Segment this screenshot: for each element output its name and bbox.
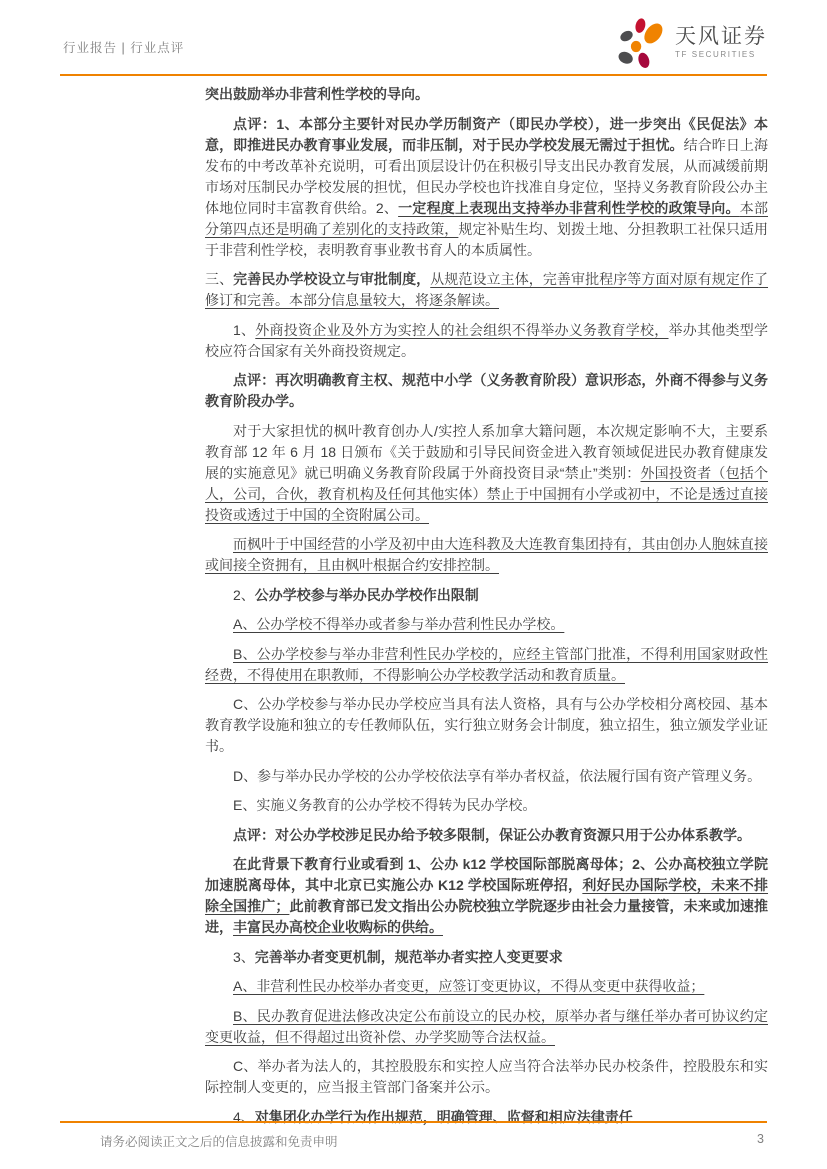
logo-company-name: 天风证券 bbox=[675, 25, 767, 49]
logo-text: 天风证券 TF SECURITIES bbox=[675, 25, 767, 61]
text-run: 点评：再次明确教育主权、规范中小学（义务教育阶段）意识形态，外商不得参与义务教育… bbox=[205, 372, 768, 409]
document-body: 突出鼓励举办非营利性学校的导向。点评：1、本部分主要针对民办学历制资产（即民办学… bbox=[205, 84, 768, 1136]
text-run: 点评：对公办学校涉足民办给予较多限制，保证公办教育资源只用于公办体系教学。 bbox=[233, 827, 751, 843]
text-run: B、民办教育促进法修改决定公布前设立的民办校，原举办者与继任举办者可协议约定变更… bbox=[205, 1008, 768, 1045]
paragraph: 突出鼓励举办非营利性学校的导向。 bbox=[205, 84, 768, 105]
paragraph: A、非营利性民办校举办者变更，应签订变更协议，不得从变更中获得收益； bbox=[205, 976, 768, 997]
paragraph: 对于大家担忧的枫叶教育创办人/实控人系加拿大籍问题，本次规定影响不大，主要系教育… bbox=[205, 421, 768, 526]
paragraph: C、公办学校参与举办民办学校应当具有法人资格，具有与公办学校相分离校园、基本教育… bbox=[205, 694, 768, 757]
text-run: 1、 bbox=[233, 322, 255, 338]
tf-logo-flower-icon bbox=[617, 16, 669, 70]
text-run: 完善举办者变更机制，规范举办者实控人变更要求 bbox=[255, 949, 563, 965]
text-run: 而枫叶于中国经营的小学及初中由大连科教及大连教育集团持有，其由创办人胞妹直接或间… bbox=[205, 536, 768, 573]
paragraph: B、公办学校参与举办非营利性民办学校的，应经主管部门批准，不得利用国家财政性经费… bbox=[205, 644, 768, 686]
text-run: B、公办学校参与举办非营利性民办学校的，应经主管部门批准，不得利用国家财政性经费… bbox=[205, 646, 768, 683]
report-type-label: 行业报告 | 行业点评 bbox=[63, 38, 184, 56]
text-run: C、举办者为法人的，其控股股东和实控人应当符合法举办民办校条件，控股股东和实际控… bbox=[205, 1058, 768, 1095]
paragraph: 1、外商投资企业及外方为实控人的社会组织不得举办义务教育学校，举办其他类型学校应… bbox=[205, 320, 768, 362]
disclaimer-text: 请务必阅读正文之后的信息披露和免责申明 bbox=[100, 1132, 338, 1150]
paragraph: E、实施义务教育的公办学校不得转为民办学校。 bbox=[205, 795, 768, 816]
paragraph: 点评：对公办学校涉足民办给予较多限制，保证公办教育资源只用于公办体系教学。 bbox=[205, 825, 768, 846]
text-run: 外商投资企业及外方为实控人的社会组织不得举办义务教育学校， bbox=[255, 322, 668, 338]
text-run: 一定程度上表现出支持举办非营利性学校的政策导向。 bbox=[398, 200, 740, 216]
text-run: E、实施义务教育的公办学校不得转为民办学校。 bbox=[233, 797, 536, 813]
text-run: C、公办学校参与举办民办学校应当具有法人资格，具有与公办学校相分离校园、基本教育… bbox=[205, 696, 768, 754]
paragraph: 而枫叶于中国经营的小学及初中由大连科教及大连教育集团持有，其由创办人胞妹直接或间… bbox=[205, 534, 768, 576]
text-run: D、参与举办民办学校的公办学校依法享有举办者权益，依法履行国有资产管理义务。 bbox=[233, 768, 761, 784]
page-footer: 请务必阅读正文之后的信息披露和免责申明 3 bbox=[60, 1121, 767, 1153]
text-run: 3、 bbox=[233, 949, 255, 965]
paragraph: 点评：再次明确教育主权、规范中小学（义务教育阶段）意识形态，外商不得参与义务教育… bbox=[205, 370, 768, 412]
paragraph: 2、公办学校参与举办民办学校作出限制 bbox=[205, 585, 768, 606]
paragraph: 在此背景下教育行业或看到 1、公办 k12 学校国际部脱离母体；2、公办高校独立… bbox=[205, 854, 768, 938]
text-run: 丰富民办高校企业收购标的供给。 bbox=[233, 919, 443, 935]
page-number: 3 bbox=[757, 1132, 764, 1146]
text-run: A、非营利性民办校举办者变更，应签订变更协议，不得从变更中获得收益； bbox=[233, 978, 704, 994]
text-run: 公办学校参与举办民办学校作出限制 bbox=[255, 587, 479, 603]
tf-securities-logo: 天风证券 TF SECURITIES bbox=[617, 16, 767, 70]
logo-company-name-en: TF SECURITIES bbox=[675, 49, 767, 61]
text-run: 三、 bbox=[205, 271, 233, 287]
paragraph: C、举办者为法人的，其控股股东和实控人应当符合法举办民办校条件，控股股东和实际控… bbox=[205, 1056, 768, 1098]
text-run: 2、 bbox=[233, 587, 255, 603]
page-header: 行业报告 | 行业点评 天风证券 TF SECURITIES bbox=[60, 0, 767, 76]
paragraph: B、民办教育促进法修改决定公布前设立的民办校，原举办者与继任举办者可协议约定变更… bbox=[205, 1006, 768, 1048]
paragraph: A、公办学校不得举办或者参与举办营利性民办学校。 bbox=[205, 614, 768, 635]
paragraph: D、参与举办民办学校的公办学校依法享有举办者权益，依法履行国有资产管理义务。 bbox=[205, 766, 768, 787]
text-run: 完善民办学校设立与审批制度， bbox=[233, 271, 430, 287]
text-run: 突出鼓励举办非营利性学校的导向。 bbox=[205, 86, 429, 102]
report-page: 行业报告 | 行业点评 天风证券 TF SECURITIES 突出鼓励举办非营利… bbox=[0, 0, 827, 1169]
paragraph: 3、完善举办者变更机制，规范举办者实控人变更要求 bbox=[205, 947, 768, 968]
text-run: A、公办学校不得举办或者参与举办营利性民办学校。 bbox=[233, 616, 564, 632]
paragraph: 点评：1、本部分主要针对民办学历制资产（即民办学校），进一步突出《民促法》本意，… bbox=[205, 114, 768, 261]
paragraph: 三、完善民办学校设立与审批制度，从规范设立主体，完善审批程序等方面对原有规定作了… bbox=[205, 269, 768, 311]
